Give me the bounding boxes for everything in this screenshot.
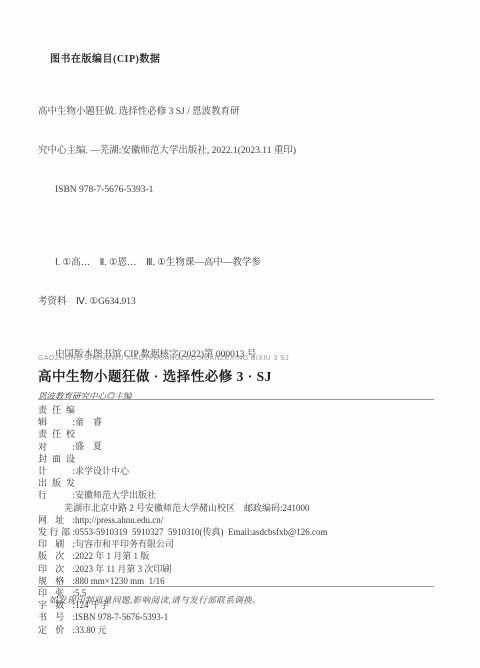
publisher-address: 芜湖市北京中路 2 号安徽师范大学赭山校区 邮政编码:241000: [38, 503, 310, 513]
colophon-row: 责任编辑童 睿: [38, 404, 448, 428]
colophon-value: 2022 年 1 月第 1 版: [75, 551, 149, 561]
colophon-row: 网址http://press.ahnu.edu.cn/: [38, 514, 448, 526]
colophon-value: http://press.ahnu.edu.cn/: [75, 515, 163, 525]
colophon-label: 定价: [38, 624, 75, 636]
colophon-row: 书号ISBN 978-7-5676-5393-1: [38, 611, 448, 623]
colophon-row: 印次2023 年 11 月第 3 次印刷: [38, 563, 448, 575]
book-title: 高中生物小题狂做 · 选择性必修 3 · SJ: [38, 365, 436, 385]
cip-class-line: Ⅰ. ①高… Ⅱ. ①恩… Ⅲ. ①生物课—高中—教学参: [38, 257, 436, 270]
colophon-row: 定价33.80 元: [38, 624, 448, 636]
colophon-label: 印刷: [38, 538, 75, 550]
cip-classification: Ⅰ. ①高… Ⅱ. ①恩… Ⅲ. ①生物课—高中—教学参 考资料 Ⅳ. ①G63…: [38, 231, 436, 335]
colophon-label: 发行部: [38, 526, 75, 538]
cip-line: 高中生物小题狂做. 选择性必修 3 SJ / 恩波教育研: [38, 106, 436, 119]
colophon-row: 出版发行安徽师范大学出版社: [38, 477, 448, 501]
colophon-value: 求学设计中心: [75, 466, 129, 476]
colophon-row-address: 芜湖市北京中路 2 号安徽师范大学赭山校区 邮政编码:241000: [38, 502, 448, 514]
colophon-value: 0553-5910319 5910327 5910310(传真) Email:a…: [75, 527, 328, 537]
colophon-label: 责任编辑: [38, 404, 75, 428]
divider-bottom: [38, 586, 434, 587]
colophon-value: 盛 夏: [75, 442, 102, 452]
quality-notice: 如发现印制质量问题,影响阅读,请与发行部联系调换。: [49, 594, 261, 606]
colophon-value: 880 mm×1230 mm 1/16: [75, 576, 165, 586]
cip-section: 图书在版编目(CIP)数据 高中生物小题狂做. 选择性必修 3 SJ / 恩波教…: [38, 50, 436, 360]
colophon-row: 版次2022 年 1 月第 1 版: [38, 550, 448, 562]
colophon-label: 印次: [38, 563, 75, 575]
colophon-row: 发行部0553-5910319 5910327 5910310(传真) Emai…: [38, 526, 448, 538]
colophon-row: 封面设计求学设计中心: [38, 453, 448, 477]
cip-line: 究中心主编. —芜湖:安徽师范大学出版社, 2022.1(2023.11 重印): [38, 145, 436, 158]
copyright-page: 图书在版编目(CIP)数据 高中生物小题狂做. 选择性必修 3 SJ / 恩波教…: [0, 0, 480, 668]
divider-top: [38, 399, 434, 400]
cip-description: 高中生物小题狂做. 选择性必修 3 SJ / 恩波教育研 究中心主编. —芜湖:…: [38, 80, 436, 223]
title-block: GAOZHONG SHENGWU XIAOTI KUANGZUO XUANZEX…: [38, 355, 436, 402]
cip-isbn: ISBN 978-7-5676-5393-1: [38, 184, 436, 197]
title-pinyin: GAOZHONG SHENGWU XIAOTI KUANGZUO XUANZEX…: [38, 355, 436, 362]
colophon-label: 封面设计: [38, 453, 75, 477]
colophon-value: 童 睿: [75, 417, 102, 427]
colophon-value: 2023 年 11 月第 3 次印刷: [75, 564, 171, 574]
colophon-label: 网址: [38, 514, 75, 526]
colophon-value: 句容市和平印务有限公司: [75, 539, 174, 549]
editor-credit: 恩波教育研究中心◎主编: [38, 390, 436, 402]
colophon-label: 版次: [38, 550, 75, 562]
colophon-row: 印刷句容市和平印务有限公司: [38, 538, 448, 550]
colophon-value: ISBN 978-7-5676-5393-1: [75, 612, 168, 622]
colophon-label: 责任校对: [38, 428, 75, 452]
colophon-value: 33.80 元: [75, 625, 107, 635]
cip-header: 图书在版编目(CIP)数据: [50, 50, 436, 65]
cip-class-line: 考资料 Ⅳ. ①G634.913: [38, 296, 436, 309]
colophon-row: 责任校对盛 夏: [38, 428, 448, 452]
colophon-label: 出版发行: [38, 477, 75, 501]
colophon-value: 安徽师范大学出版社: [75, 490, 156, 500]
colophon-label: 书号: [38, 611, 75, 623]
